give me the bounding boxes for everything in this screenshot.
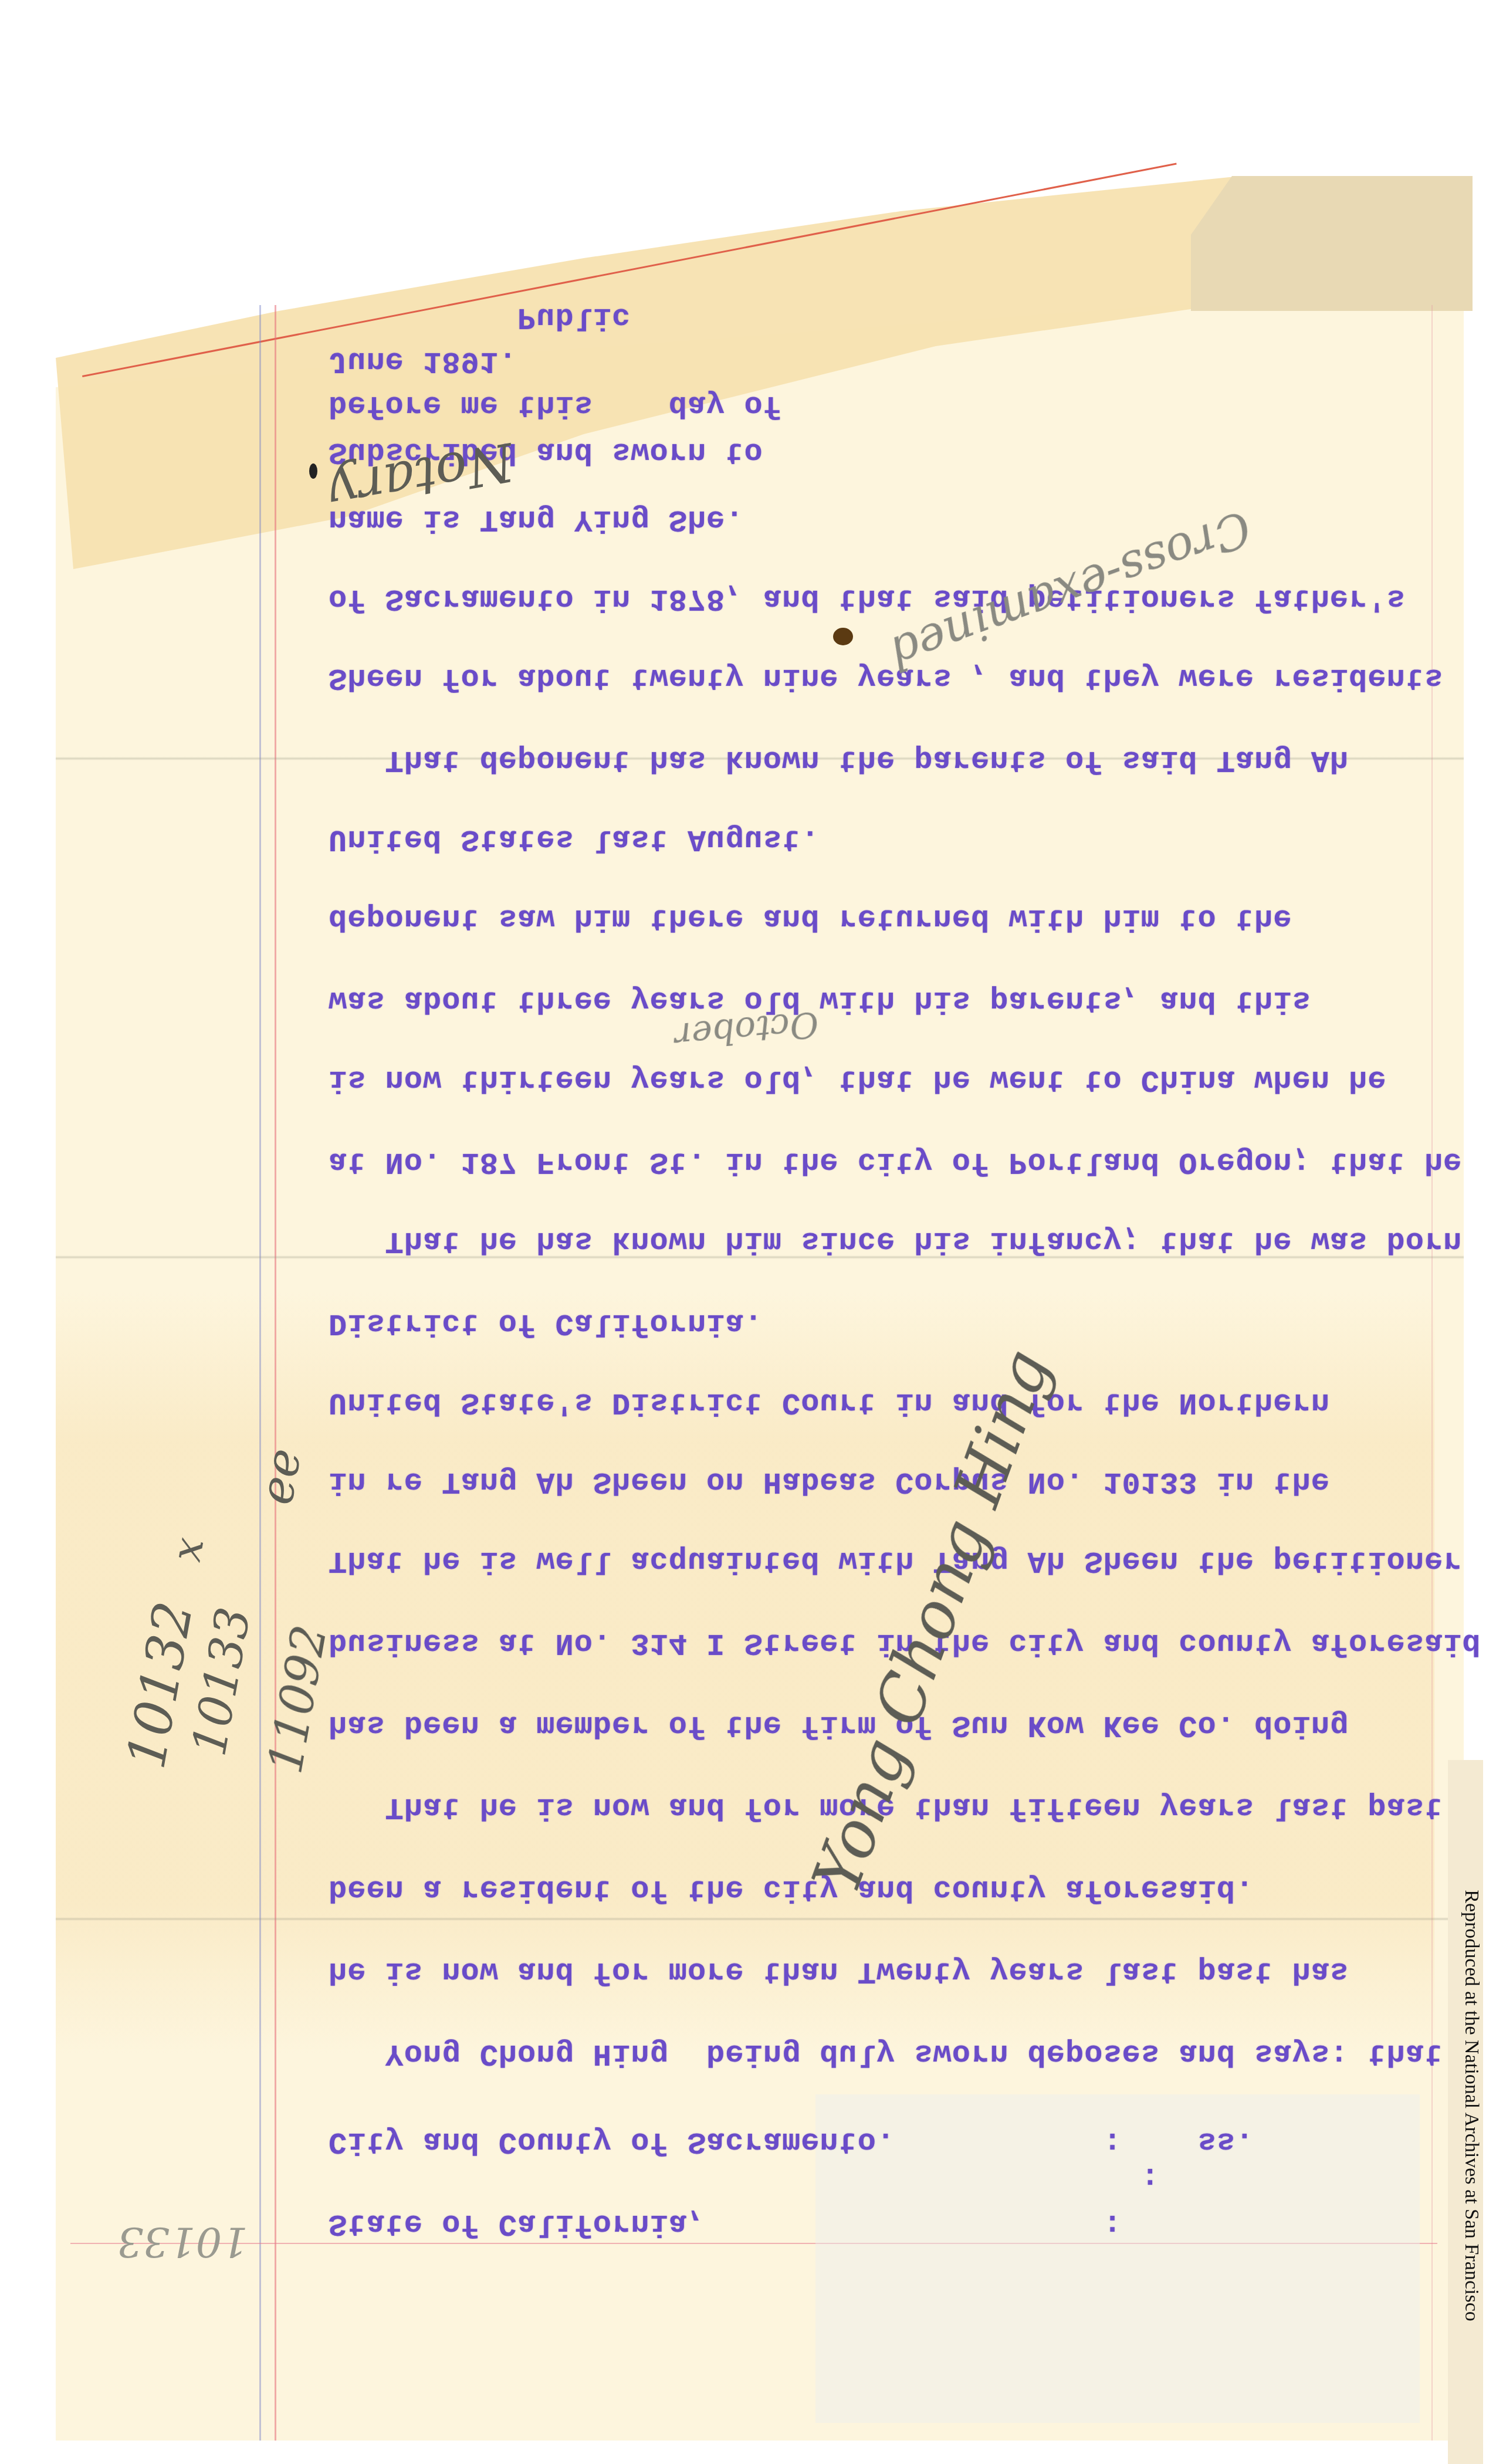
- ink-blot: [309, 463, 317, 479]
- typed-line: That he has known him since his infancy;…: [329, 1224, 1462, 1258]
- typed-line: Yong Chong Hing being duly sworn deposes…: [329, 2036, 1443, 2071]
- typed-line: United State's District Court in and for…: [329, 1385, 1330, 1420]
- typed-line: Sheen for about twenty nine years , and …: [329, 661, 1443, 695]
- faint-pencil-number: 10133: [117, 2218, 248, 2266]
- margin-line-red: [275, 305, 276, 2441]
- typed-line: That he is well acquainted with Tang Ah …: [329, 1544, 1462, 1578]
- typed-line: at No. 187 Front St. in the city of Port…: [329, 1145, 1462, 1179]
- typed-line: has been a member of the firm of Sun Kow…: [329, 1708, 1349, 1742]
- typed-line: :: [329, 2160, 1160, 2194]
- typed-line: he is now and for more than Twenty years…: [329, 1954, 1349, 1989]
- typed-line: State of California, :: [329, 2206, 1122, 2241]
- ink-stain: [833, 628, 853, 645]
- archive-watermark-text: Reproduced at the National Archives at S…: [1460, 1754, 1483, 2458]
- typed-line: June 1891.: [329, 344, 517, 378]
- archive-watermark: Reproduced at the National Archives at S…: [1448, 1760, 1483, 2464]
- margin-line-blue: [259, 305, 261, 2441]
- typed-line: City and County of Sacramento. : ss.: [329, 2124, 1254, 2159]
- typed-line: is now thirteen years old, that he went …: [329, 1062, 1386, 1097]
- typed-line: of Sacramento in 1878, and that said pet…: [329, 581, 1406, 616]
- handwritten-mark: ee: [248, 1444, 312, 1508]
- typed-line: District of California.: [329, 1306, 763, 1341]
- typed-line: deponent saw him there and returned with…: [329, 901, 1292, 936]
- typed-line: in re Tang Ah Sheen on Habeas Corpus No.…: [329, 1464, 1330, 1499]
- affidavit-body: State of California, : : City and County…: [329, 329, 1431, 2265]
- typed-line: before me this day of: [329, 388, 782, 422]
- typed-line: been a resident of the city and county a…: [329, 1872, 1254, 1907]
- typed-line: That deponent has known the parents of s…: [329, 743, 1349, 777]
- typed-line: was about three years old with his paren…: [329, 983, 1311, 1018]
- typed-line: Public: [329, 300, 631, 334]
- typed-line: United States last August.: [329, 822, 820, 857]
- margin-line-right: [1431, 305, 1433, 2441]
- folded-corner: [1191, 176, 1473, 311]
